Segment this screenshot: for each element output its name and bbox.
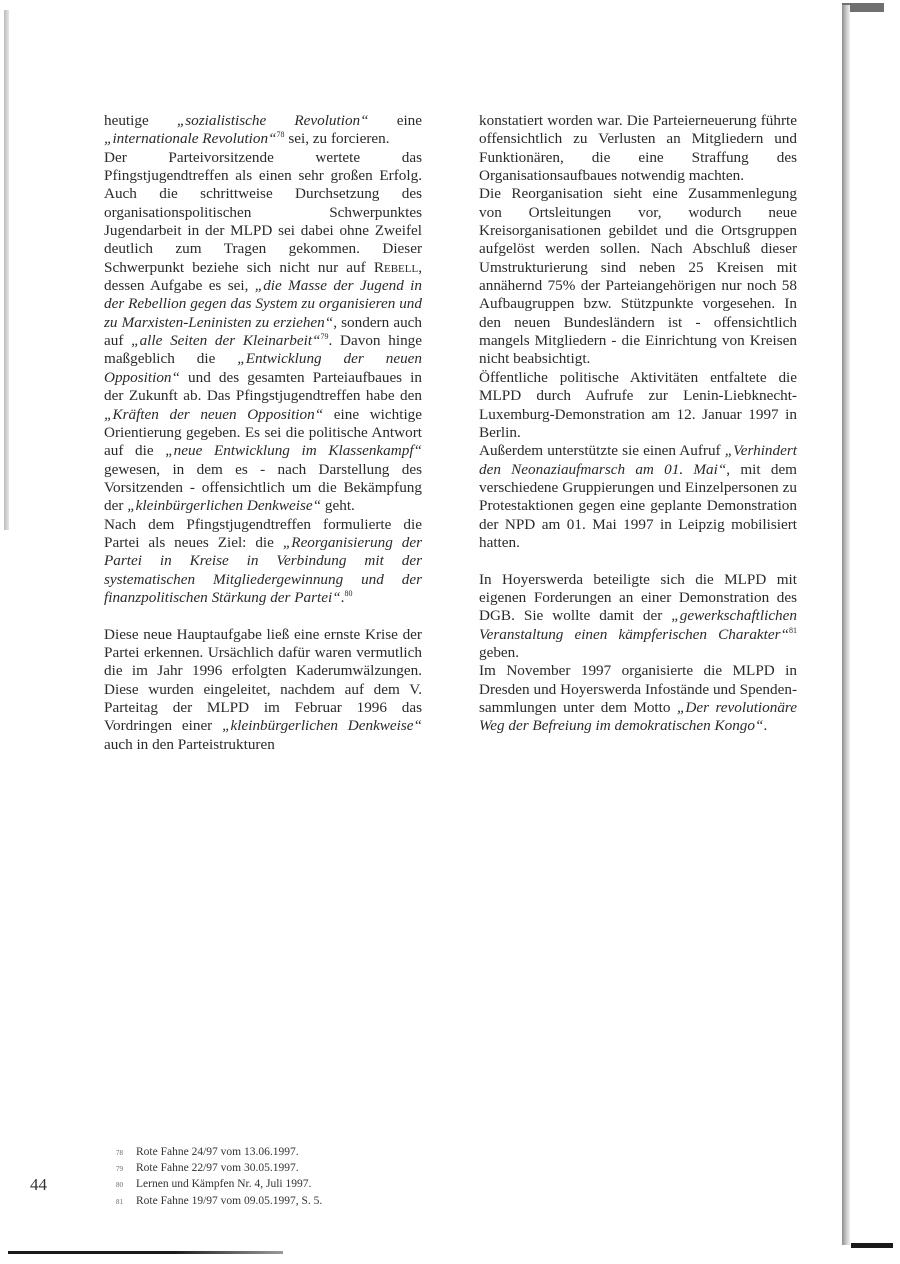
paragraph: Diese neue Hauptaufgabe ließ eine ernste…	[104, 626, 422, 754]
footnote-reference: 81	[789, 626, 797, 635]
quoted-italic-text: „sozialistische Revolution“	[177, 112, 369, 129]
footnote-number: 79	[116, 1161, 136, 1177]
body-text: geben.	[479, 644, 519, 661]
small-caps-text: Rebell	[374, 259, 418, 276]
quoted-italic-text: „alle Seiten der Kleinarbeit“	[131, 332, 320, 349]
scan-right-edge-shadow	[842, 5, 850, 1245]
quoted-italic-text: „internationale Revolution“	[104, 130, 277, 147]
quoted-italic-text: „klein­bürgerlichen Denkweise“	[222, 717, 422, 734]
body-text: Der Parteivorsitzende wertete das Pfings…	[104, 149, 422, 276]
footnote-text: Lernen und Kämpfen Nr. 4, Juli 1997.	[136, 1177, 311, 1193]
footnote-number: 80	[116, 1177, 136, 1193]
footnote-number: 81	[116, 1194, 136, 1210]
paragraph: Außerdem unterstützte sie einen Aufruf „…	[479, 442, 797, 552]
footnotes: 78 Rote Fahne 24/97 vom 13.06.1997. 79 R…	[116, 1145, 322, 1210]
body-text: Außerdem unterstützte sie einen Aufruf	[479, 442, 725, 459]
footnote-text: Rote Fahne 19/97 vom 09.05.1997, S. 5.	[136, 1194, 322, 1210]
footnote-78: 78 Rote Fahne 24/97 vom 13.06.1997.	[116, 1145, 322, 1161]
paragraph: Öffentliche politische Aktivitäten entfa…	[479, 369, 797, 442]
quoted-italic-text: „kleinbürgerlichen Denkweise“	[127, 497, 321, 514]
body-text: geht.	[321, 497, 355, 514]
footnote-reference: 79	[321, 332, 329, 341]
page-number: 44	[30, 1175, 47, 1195]
paragraph: konstatiert worden war. Die Parteierneue…	[479, 112, 797, 185]
body-text: konstatiert worden war. Die Parteierneue…	[479, 112, 797, 184]
left-text-column: heutige „sozialistische Revolution“ eine…	[104, 112, 422, 754]
footnote-79: 79 Rote Fahne 22/97 vom 30.05.1997.	[116, 1161, 322, 1177]
footnote-text: Rote Fahne 24/97 vom 13.06.1997.	[136, 1145, 299, 1161]
scan-bottom-edge	[8, 1251, 283, 1254]
paragraph: heutige „sozialistische Revolution“ eine…	[104, 112, 422, 149]
footnote-reference: 78	[277, 130, 285, 139]
body-text: Die Reorganisation sieht eine Zusammenle…	[479, 185, 797, 367]
body-text: auch in den Parteistrukturen	[104, 736, 275, 753]
body-text: eine	[369, 112, 422, 129]
footnote-80: 80 Lernen und Kämpfen Nr. 4, Juli 1997.	[116, 1177, 322, 1193]
quoted-italic-text: „Kräften der neuen Opposition“	[104, 406, 323, 423]
body-text: Öffentliche politische Aktivitäten entfa…	[479, 369, 797, 441]
footnote-text: Rote Fahne 22/97 vom 30.05.1997.	[136, 1161, 299, 1177]
body-text: heutige	[104, 112, 177, 129]
footnote-number: 78	[116, 1145, 136, 1161]
paragraph: Nach dem Pfingstjugendtreffen formuliert…	[104, 516, 422, 608]
scan-right-bottom-edge	[851, 1243, 893, 1248]
body-text: .	[763, 717, 767, 734]
footnote-81: 81 Rote Fahne 19/97 vom 09.05.1997, S. 5…	[116, 1194, 322, 1210]
paragraph: Im November 1997 organisierte die MLPD i…	[479, 662, 797, 735]
quoted-italic-text: „neue Entwicklung im Klassenkampf“	[165, 442, 422, 459]
paragraph: Der Parteivorsitzende wertete das Pfings…	[104, 149, 422, 516]
paragraph: Die Reorganisation sieht eine Zusammenle…	[479, 185, 797, 368]
body-text: sei, zu forcieren.	[285, 130, 390, 147]
footnote-reference: 80	[344, 589, 352, 598]
paragraph: In Hoyerswerda beteiligte sich die MLPD …	[479, 571, 797, 663]
scan-left-edge-shadow	[4, 10, 9, 530]
right-text-column: konstatiert worden war. Die Parteierneue…	[479, 112, 797, 736]
